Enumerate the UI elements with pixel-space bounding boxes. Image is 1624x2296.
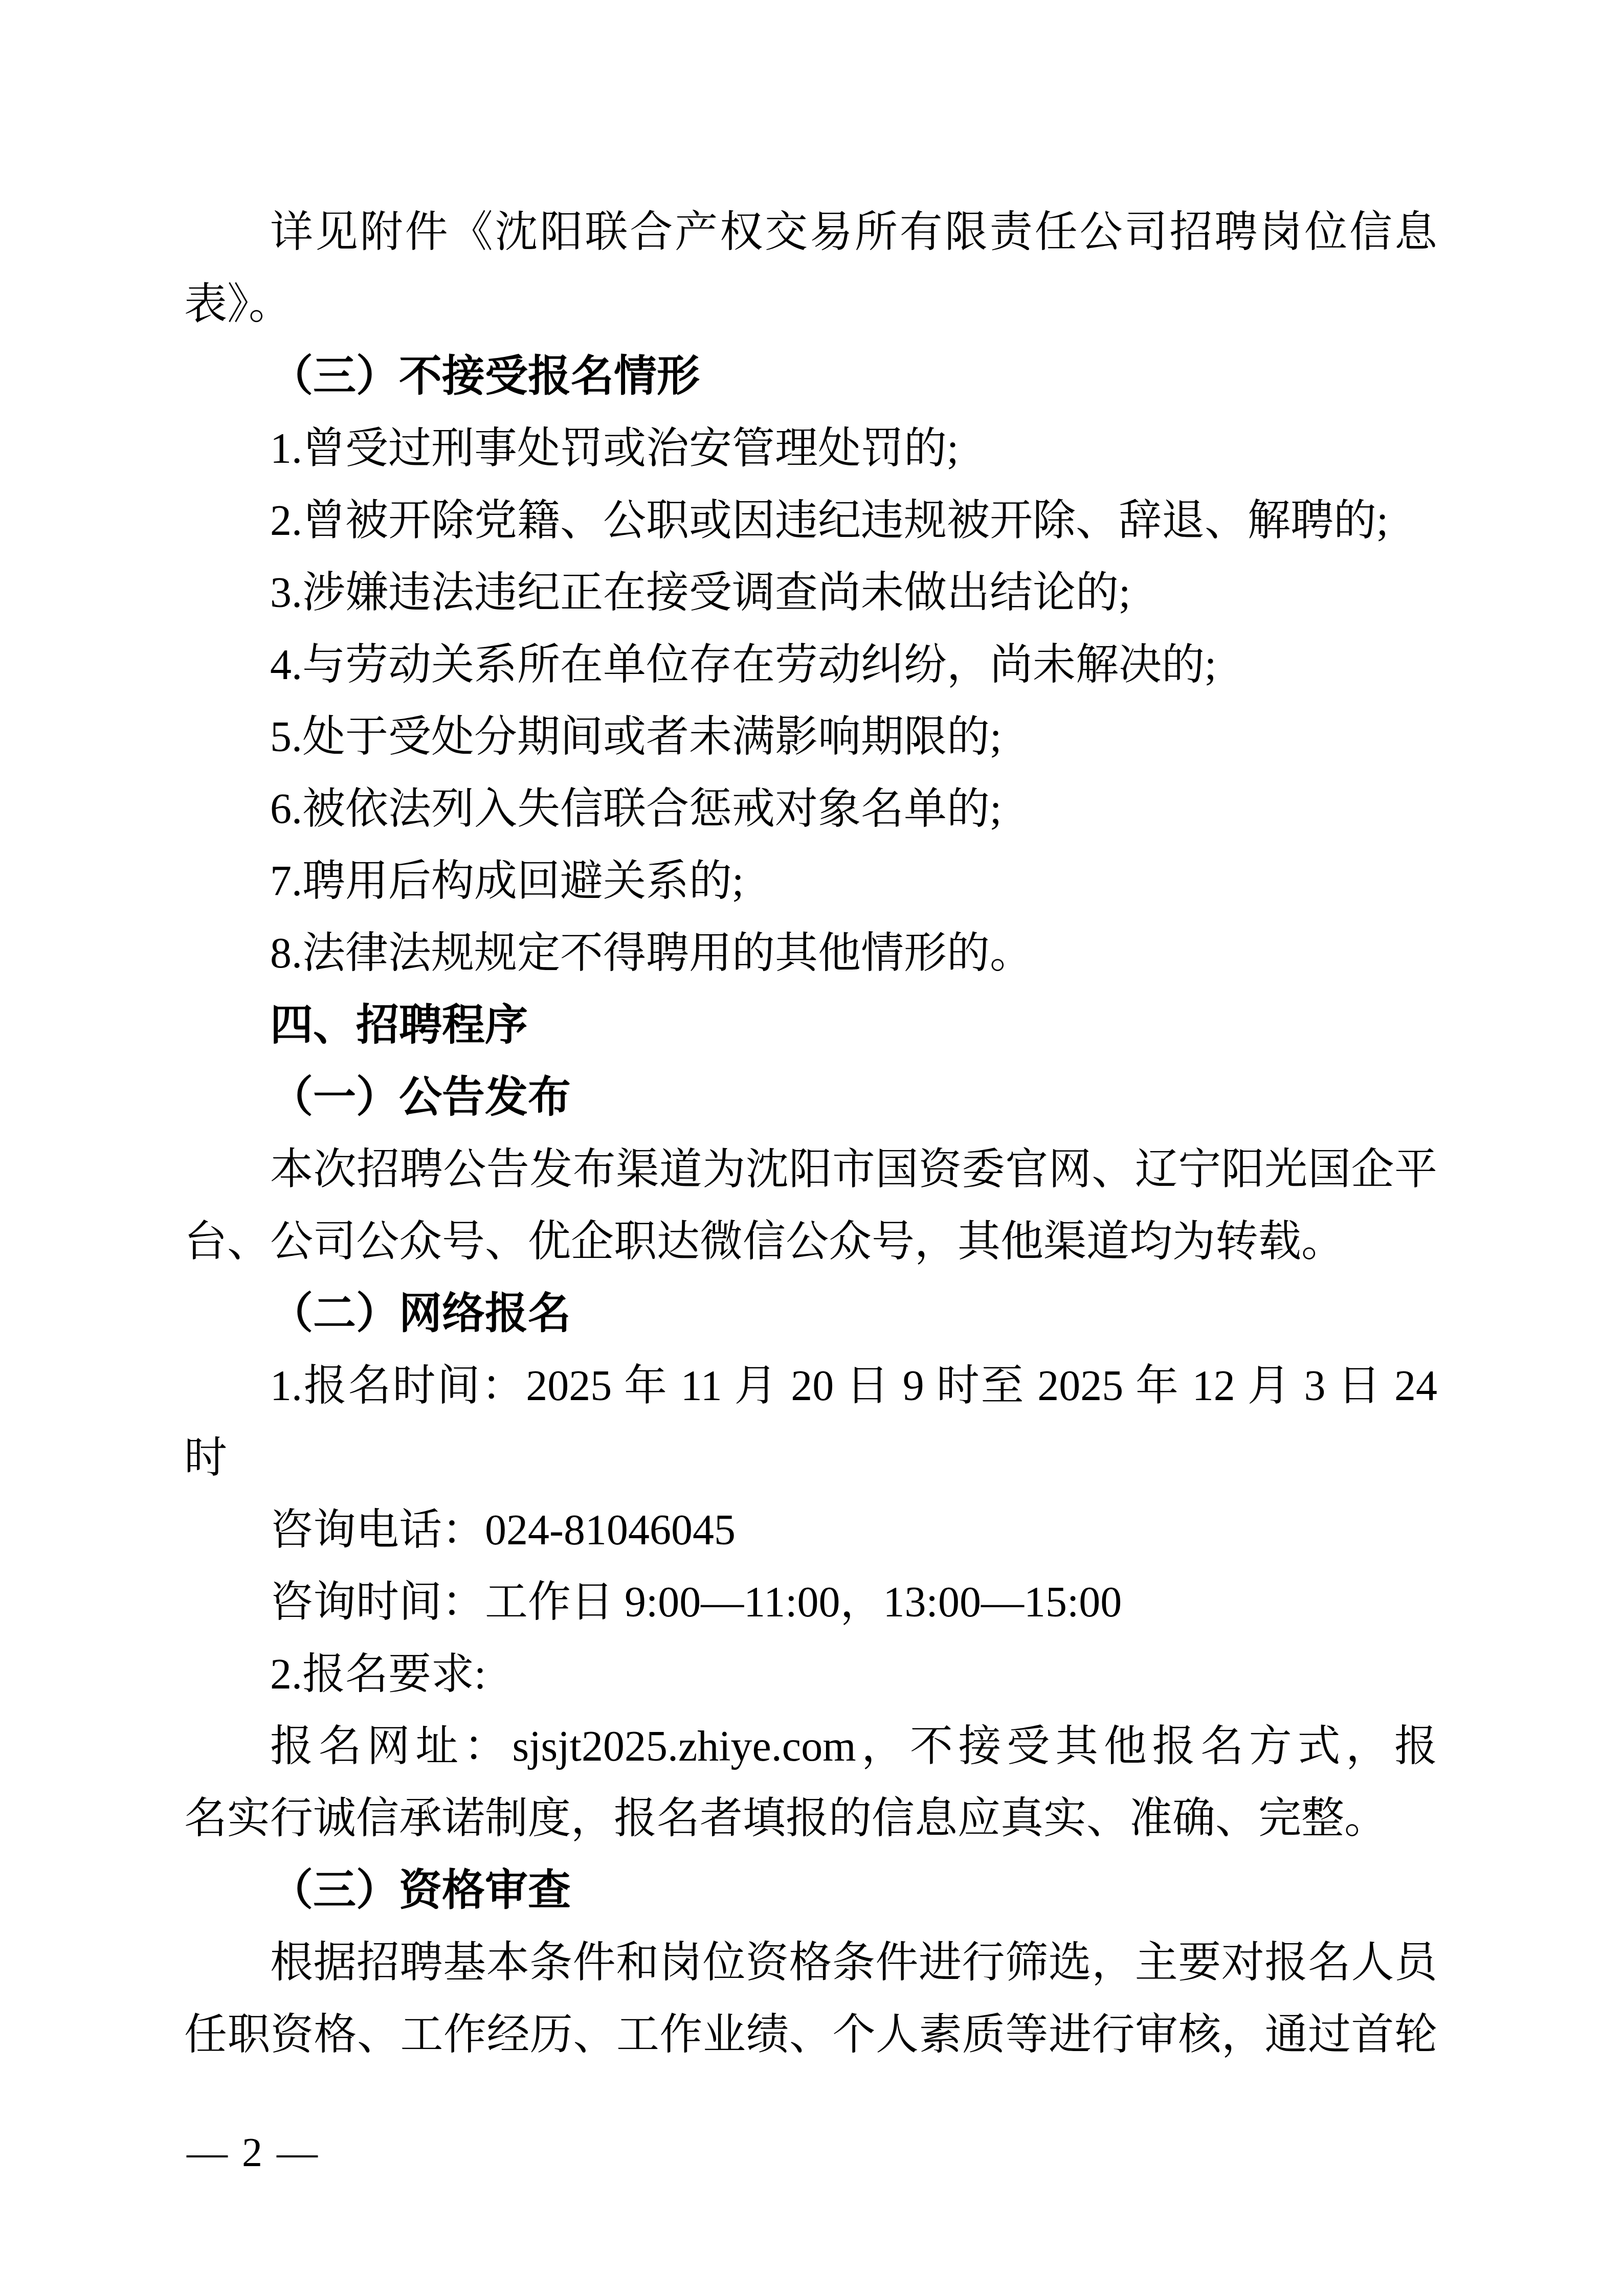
list-item: 2.曾被开除党籍、公职或因违纪违规被开除、辞退、解聘的; [184, 485, 1437, 557]
document-body: 详见附件《沈阳联合产权交易所有限责任公司招聘岗位信息 表》。 （三）不接受报名情… [184, 196, 1437, 2071]
text-line: 详见附件《沈阳联合产权交易所有限责任公司招聘岗位信息 [184, 196, 1437, 268]
text-line: 2.报名要求: [184, 1638, 1437, 1710]
page-number: — 2 — [187, 2122, 320, 2184]
list-item: 7.聘用后构成回避关系的; [184, 845, 1437, 917]
text-line: 任职资格、工作经历、工作业绩、个人素质等进行审核，通过首轮 [184, 1999, 1437, 2071]
section-heading: （一）公告发布 [184, 1062, 1437, 1134]
text-line: 本次招聘公告发布渠道为沈阳市国资委官网、辽宁阳光国企平 [184, 1134, 1437, 1206]
list-item: 3.涉嫌违法违纪正在接受调查尚未做出结论的; [184, 557, 1437, 629]
section-heading: （三）资格审查 [184, 1855, 1437, 1927]
section-heading: 四、招聘程序 [184, 989, 1437, 1062]
text-line: 名实行诚信承诺制度，报名者填报的信息应真实、准确、完整。 [184, 1783, 1437, 1855]
section-heading: （三）不接受报名情形 [184, 341, 1437, 413]
text-line: 表》。 [184, 268, 1437, 341]
list-item: 6.被依法列入失信联合惩戒对象名单的; [184, 773, 1437, 845]
text-line: 咨询电话：024-81046045 [184, 1494, 1437, 1566]
list-item: 4.与劳动关系所在单位存在劳动纠纷，尚未解决的; [184, 629, 1437, 701]
list-item: 8.法律法规规定不得聘用的其他情形的。 [184, 917, 1437, 989]
text-line: 报名网址：sjsjt2025.zhiye.com，不接受其他报名方式，报 [184, 1710, 1437, 1783]
list-item: 1.曾受过刑事处罚或治安管理处罚的; [184, 413, 1437, 485]
text-line: 时 [184, 1422, 1437, 1494]
text-line: 根据招聘基本条件和岗位资格条件进行筛选，主要对报名人员 [184, 1927, 1437, 1999]
text-line: 1.报名时间：2025 年 11 月 20 日 9 时至 2025 年 12 月… [184, 1350, 1437, 1422]
text-line: 台、公司公众号、优企职达微信公众号，其他渠道均为转载。 [184, 1206, 1437, 1278]
list-item: 5.处于受处分期间或者未满影响期限的; [184, 701, 1437, 773]
document-page: 详见附件《沈阳联合产权交易所有限责任公司招聘岗位信息 表》。 （三）不接受报名情… [0, 0, 1624, 2296]
section-heading: （二）网络报名 [184, 1278, 1437, 1350]
text-line: 咨询时间：工作日 9:00—11:00，13:00—15:00 [184, 1566, 1437, 1638]
